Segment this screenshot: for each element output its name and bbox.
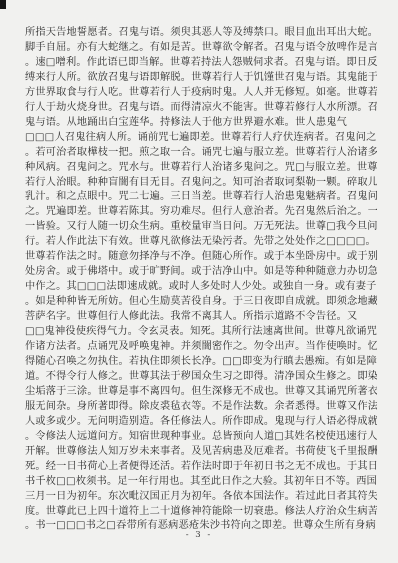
text-line: 开解。世尊修法人知万岁未来事者。及见苦病患及厄难者。书荷使飞千里报酬: [25, 445, 377, 460]
text-line: 书千枚□□枚须书。足一年行用也。其至此日作之大验。其初年日不等。西国: [25, 475, 377, 490]
text-line: 道。不得令行人修之。世尊其法于秽国众生习之即得。清净国众生修之。即染: [25, 370, 377, 385]
text-line: 人或多或少。无问明造别造。各任修法人。所作即成。鬼现与行人语必得成就: [25, 415, 377, 430]
page-number: - 3 -: [0, 530, 398, 540]
text-line: 之。咒遍即差。世尊若陈其。穷功难尽。但行人意治者。先召鬼然后治之。一: [25, 205, 377, 220]
text-line: □□鬼神役使疾得气力。令玄灵表。知死。其所行法速离世间。世尊凡欲诵咒: [25, 325, 377, 340]
text-line: 所指天告地誓愿者。召鬼与语。须臾其恶人等及缚禁口。眼目血出耳出大蛇。: [25, 26, 377, 41]
scanned-sutra-page: 所指天告地誓愿者。召鬼与语。须臾其恶人等及缚禁口。眼目血出耳出大蛇。脚手自屈。亦…: [0, 0, 398, 563]
text-line: 。令修法人远道问方。知宿世现种事业。总皆预向人道□其姓名校使迅速行人: [25, 430, 377, 445]
scan-artifact-speck: [0, 0, 6, 9]
text-line: 死。经一日书荷心上者便得还活。若作法时即于年初日书之无不成也。于其日: [25, 460, 377, 475]
text-line: 脚手自屈。亦有大蛇继之。有如是苦。世尊欲令解者。召鬼与语令放啤作是言: [25, 41, 377, 56]
text-line: 世尊若作法之时。随意勿择净与不净。但随心所作。或于本坐卧房中。或于别: [25, 250, 377, 265]
text-line: 处房舍。或于佛塔中。或于旷野间。或于洁净山中。如是等种种随意力办切急: [25, 265, 377, 280]
text-line: 。速□噌利。作此语已即当解。世尊若持法人怨贼伺求者。召鬼与语。即日反: [25, 56, 377, 71]
text-line: 。如是种种皆无所妨。但心生励莫苦役自身。于三日夜即自成就。即须念地藏: [25, 295, 377, 310]
text-line: 行人于劫火烧身世。召鬼与语。而得清凉火不能害。世尊若修行人水所漂。召: [25, 101, 377, 116]
sutra-text-block: 所指天告地誓愿者。召鬼与语。须臾其恶人等及缚禁口。眼目血出耳出大蛇。脚手自屈。亦…: [25, 26, 377, 534]
text-line: 方世界取食与行人吃。世尊若行人于疫病时鬼。人人并无修短。如毫。世尊若: [25, 86, 377, 101]
text-line: 服无间杂。身所著即得。除皮裘毡衣等。不是作法数。余者悉得。世尊又作法: [25, 400, 377, 415]
text-line: 鬼与语。从地踊出白宝莲华。持修法人于他方世界避水难。世人患鬼气: [25, 116, 377, 131]
text-line: 尘垢落于三涂。世尊是事不离四句。但生深修无不成也。世尊又其诵咒所著衣: [25, 385, 377, 400]
text-line: 乳汁。和之点眼中。咒二七遍。三日当差。世尊若行人治患鬼魅病者。召鬼问: [25, 190, 377, 205]
text-line: 作诸方法者。点诵咒及呼唤鬼神。并须闇密作之。勿令出声。当作使唤时。忆: [25, 340, 377, 355]
text-line: 行。若人作此法下有效。世尊凡欲修法无染污者。先带之处处作之□□□□。: [25, 235, 377, 250]
text-line: 。若可治者取樺枝一把。煎之取一合。诵咒七遍与服立差。世尊若行人治诸多: [25, 146, 377, 161]
text-line: 一皆验。又行人随一切众生病。重校量审当日问。万无死法。世尊□我今旦问: [25, 220, 377, 235]
text-line: 菩萨名字。世尊但行人修此法。我常不离其人。所指示道路不令告径。又: [25, 310, 377, 325]
text-line: 中作之。其□□□法即速成就。或时人多处时人少处。或独自一身。或有妻子: [25, 280, 377, 295]
text-line: 若行人治眼。种种盲闇有目无目。召鬼问之。知可治者取诃梨勒一颗。碎取儿: [25, 176, 377, 191]
text-line: 缚来行人所。欲放召鬼与语即解脱。世尊若行人于饥馑世召鬼与语。其鬼能于: [25, 71, 377, 86]
text-line: 度。世尊此已上四十道符上二十道修神符能除一切衰患。修法人疗治众生病苦: [25, 505, 377, 520]
text-line: 种风病。召鬼问之。咒水与。世尊若行人治诸多鬼问之。咒□与服立差。世尊: [25, 161, 377, 176]
text-line: □□□人召鬼往病人所。诵前咒七遍即差。世尊若行人疗伏连病者。召鬼问之: [25, 131, 377, 146]
text-line: 得随心召唤之勿执住。若执住即须长长净。□□即变为行瞋去愚痴。有如是障: [25, 355, 377, 370]
text-line: 三月一日为初年。东次毗汉国正月为初年。各依本国法作。若过此日者其符失: [25, 490, 377, 505]
